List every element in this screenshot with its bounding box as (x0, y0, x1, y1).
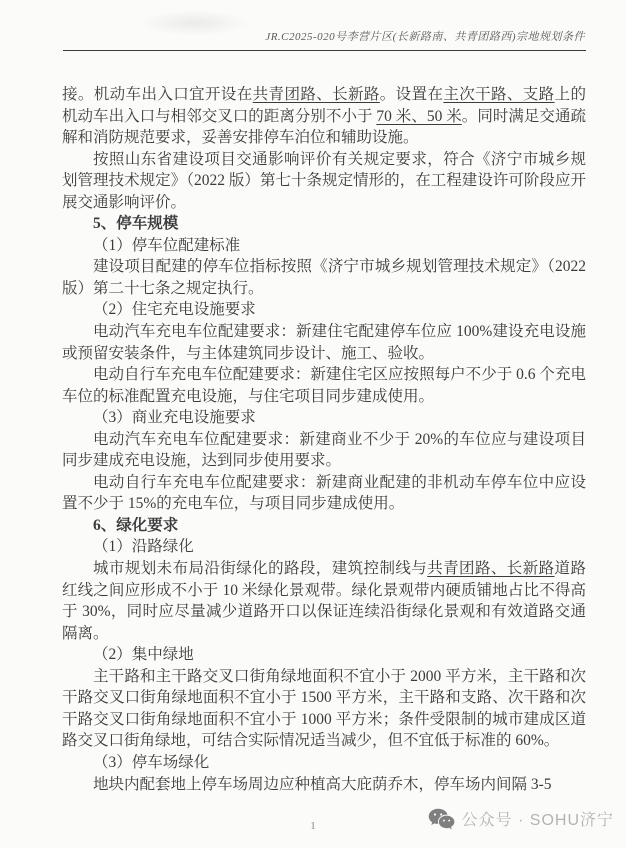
text-run: 6、绿化要求 (93, 517, 178, 534)
underlined-text: 共青团路、长新路 (253, 86, 380, 103)
paragraph: （1）停车位配建标准 (62, 235, 586, 257)
underlined-text: 70 米、50 米 (376, 108, 461, 125)
wechat-icon (428, 808, 455, 830)
underlined-text: 共青团路、长新路 (427, 560, 554, 577)
text-run: （2）住宅充电设施要求 (93, 301, 256, 318)
section-heading: 5、停车规模 (62, 213, 586, 235)
text-run: 电动自行车充电车位配建要求：新建商业配建的非机动车停车位中应设置不少于 15%的… (62, 474, 586, 513)
text-run: 电动自行车充电车位配建要求：新建住宅区应按照每户不少于 0.6 个充电车位的标准… (62, 366, 586, 405)
paragraph: 电动自行车充电车位配建要求：新建住宅区应按照每户不少于 0.6 个充电车位的标准… (62, 364, 586, 407)
text-run: 接。机动车出入口宜开设在 (62, 86, 253, 103)
paragraph: （1）沿路绿化 (62, 536, 586, 558)
text-run: 按照山东省建设项目交通影响评价有关规定要求，符合《济宁市城乡规划管理技术规定》（… (62, 151, 586, 211)
watermark-label: 公众号 · SOHU济宁 (462, 807, 614, 830)
underlined-text: 主次干路、支路 (443, 86, 554, 103)
paragraph: 主干路和主干路交叉口街角绿地面积不宜小于 2000 平方米，主干路和次干路交叉口… (62, 666, 586, 752)
text-run: 。设置在 (380, 86, 444, 103)
text-run: 5、停车规模 (93, 215, 178, 232)
paragraph: 电动自行车充电车位配建要求：新建商业配建的非机动车停车位中应设置不少于 15%的… (62, 472, 586, 515)
paragraph: （2）集中绿地 (62, 644, 586, 666)
paragraph: （3）停车场绿化 (62, 752, 586, 774)
text-run: （1）沿路绿化 (93, 538, 194, 555)
paragraph: 电动汽车充电车位配建要求：新建住宅配建停车位应 100%建设充电设施或预留安装条… (62, 321, 586, 364)
page-header-title: JR.C2025-020号李营片区(长新路南、共青团路西)宗地规划条件 (62, 28, 585, 44)
text-run: （2）集中绿地 (93, 646, 194, 663)
header-rule-divider (63, 50, 586, 51)
paragraph: 接。机动车出入口宜开设在共青团路、长新路。设置在主次干路、支路上的机动车出入口与… (62, 84, 586, 149)
paragraph: 建设项目配建的停车位指标按照《济宁市城乡规划管理技术规定》（2022 版）第二十… (62, 256, 586, 299)
text-run: 电动汽车充电车位配建要求：新建住宅配建停车位应 100%建设充电设施或预留安装条… (62, 323, 586, 362)
text-run: 主干路和主干路交叉口街角绿地面积不宜小于 2000 平方米，主干路和次干路交叉口… (62, 668, 586, 750)
text-run: （3）停车场绿化 (93, 754, 209, 771)
paragraph: 地块内配套地上停车场周边应种植高大庇荫乔木，停车场内间隔 3-5 (62, 774, 586, 796)
text-run: （1）停车位配建标准 (93, 237, 240, 254)
text-run: 地块内配套地上停车场周边应种植高大庇荫乔木，停车场内间隔 3-5 (93, 776, 552, 793)
paragraph: 按照山东省建设项目交通影响评价有关规定要求，符合《济宁市城乡规划管理技术规定》（… (62, 149, 586, 214)
text-run: 电动汽车充电车位配建要求：新建商业不少于 20%的车位应与建设项目同步建成充电设… (62, 431, 586, 470)
document-body: 接。机动车出入口宜开设在共青团路、长新路。设置在主次干路、支路上的机动车出入口与… (62, 84, 586, 795)
paragraph: （2）住宅充电设施要求 (62, 299, 586, 321)
document-page: JR.C2025-020号李营片区(长新路南、共青团路西)宗地规划条件 接。机动… (0, 0, 626, 848)
text-run: （3）商业充电设施要求 (93, 409, 256, 426)
watermark: 公众号 · SOHU济宁 (428, 807, 614, 830)
paragraph: 电动汽车充电车位配建要求：新建商业不少于 20%的车位应与建设项目同步建成充电设… (62, 429, 586, 472)
section-heading: 6、绿化要求 (62, 515, 586, 537)
text-run: 建设项目配建的停车位指标按照《济宁市城乡规划管理技术规定》（2022 版）第二十… (62, 258, 586, 297)
paragraph: 城市规划未布局沿街绿化的路段，建筑控制线与共青团路、长新路道路红线之间应形成不小… (62, 558, 586, 644)
text-run: 城市规划未布局沿街绿化的路段，建筑控制线与 (93, 560, 427, 577)
paragraph: （3）商业充电设施要求 (62, 407, 586, 429)
